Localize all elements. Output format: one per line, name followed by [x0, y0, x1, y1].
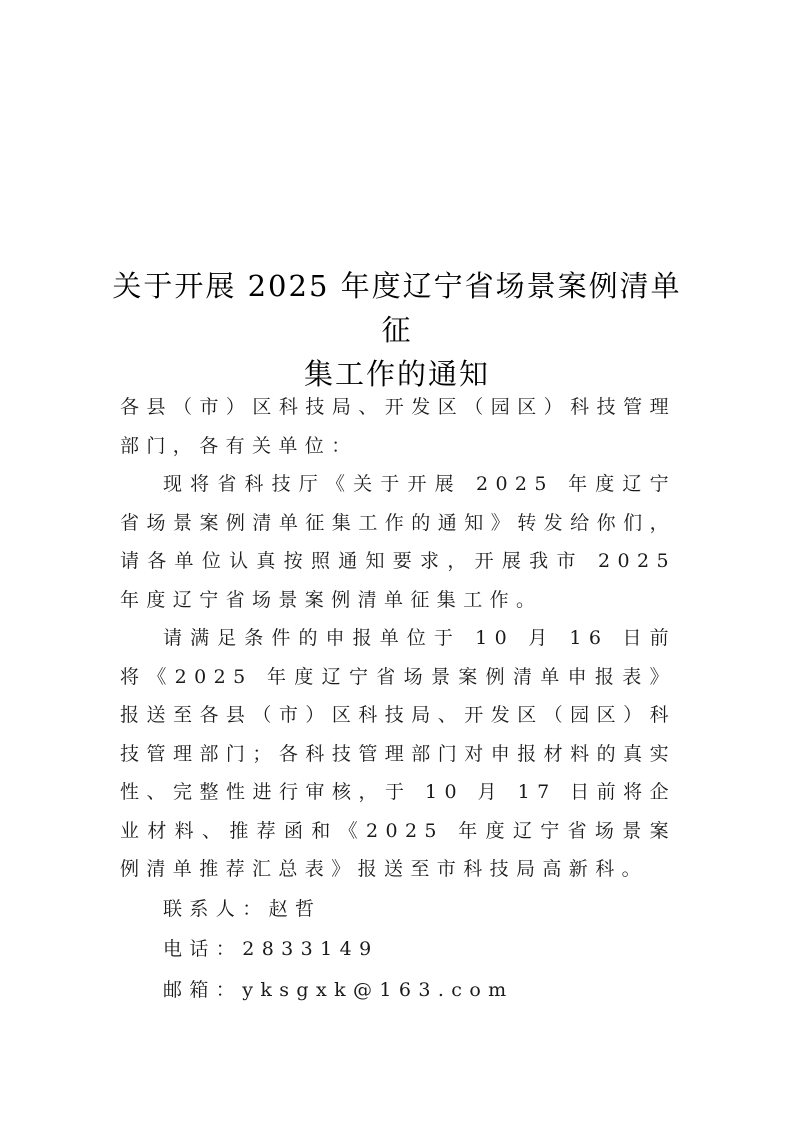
- salutation: 各县（市）区科技局、开发区（园区）科技管理部门，各有关单位：: [120, 388, 676, 465]
- contact-person-value: 赵哲: [269, 898, 322, 920]
- document-page: 关于开展 2025 年度辽宁省场景案例清单征 集工作的通知 各县（市）区科技局、…: [0, 0, 794, 1123]
- document-title: 关于开展 2025 年度辽宁省场景案例清单征 集工作的通知: [110, 264, 684, 396]
- document-body: 各县（市）区科技局、开发区（园区）科技管理部门，各有关单位： 现将省科技厅《关于…: [120, 388, 676, 1010]
- contact-phone-label: 电话：: [163, 938, 242, 960]
- contact-person-label: 联系人：: [163, 898, 269, 920]
- paragraph-forwarding-notice: 现将省科技厅《关于开展 2025 年度辽宁省场景案例清单征集工作的通知》转发给你…: [120, 465, 676, 619]
- contact-email: 邮箱：yksgxk@163.com: [120, 970, 676, 1011]
- paragraph-submission-requirements: 请满足条件的申报单位于 10 月 16 日前将《2025 年度辽宁省场景案例清单…: [120, 619, 676, 889]
- contact-person: 联系人：赵哲: [120, 889, 676, 930]
- contact-email-value: yksgxk@163.com: [242, 979, 513, 1001]
- contact-phone: 电话：2833149: [120, 929, 676, 970]
- contact-email-label: 邮箱：: [163, 979, 242, 1001]
- title-line-2: 集工作的通知: [304, 357, 490, 391]
- title-line-1: 关于开展 2025 年度辽宁省场景案例清单征: [112, 269, 681, 347]
- contact-phone-value: 2833149: [242, 938, 378, 960]
